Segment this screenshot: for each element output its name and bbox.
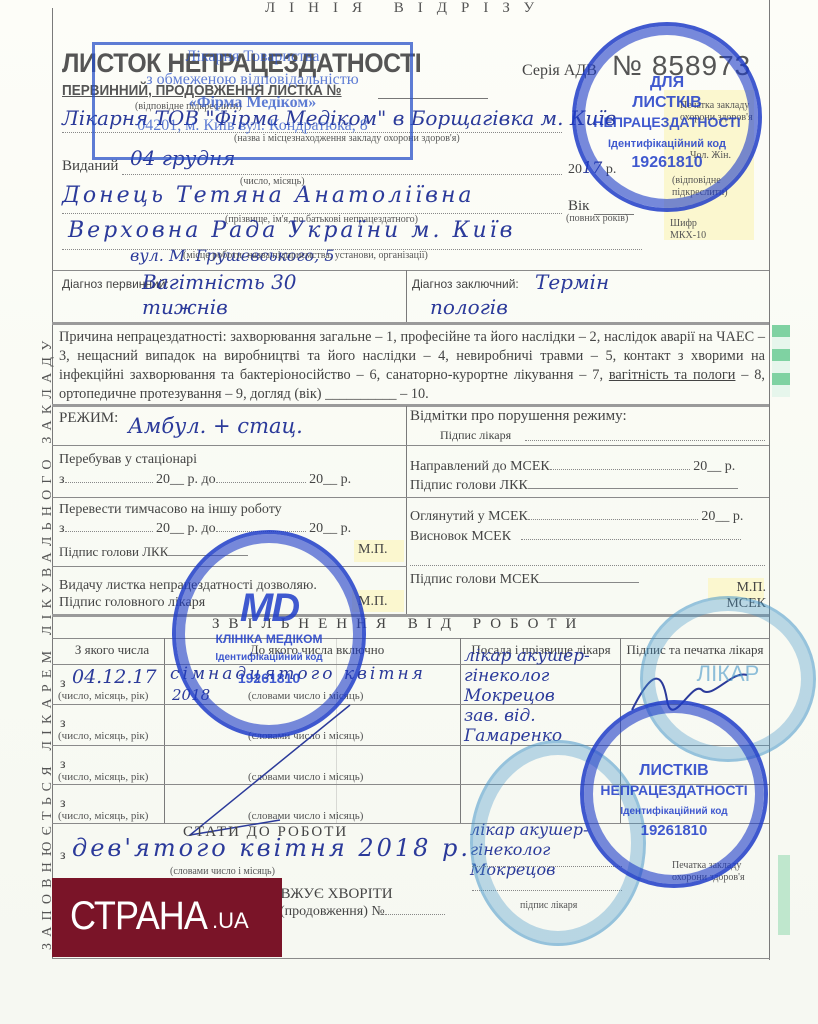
doctor-text-line: лікар акушер-: [464, 646, 614, 666]
age-caption: (повних років): [566, 213, 628, 224]
security-strip-lower: [778, 855, 790, 935]
regime-violations-label: Відмітки про порушення режиму:: [410, 408, 627, 425]
doctor-text-line: гінеколог: [464, 666, 614, 686]
regime-value: Амбул. + стац.: [128, 414, 303, 438]
transfer-from-row: з 20__ р. до 20__ р.: [59, 521, 351, 537]
round-stamp-top: ДЛЯ ЛИСТКІВ НЕПРАЦЕЗДАТНОСТІ Ідентифікац…: [572, 22, 762, 212]
release-from-caption: (число, місяць, рік): [58, 771, 148, 783]
workplace-value: Верховна Рада України м. Київ: [68, 218, 516, 243]
msek-referred: Направлений до МСЕК 20__ р.: [410, 459, 735, 475]
release-from-caption: (число, місяць, рік): [58, 690, 148, 702]
msek-lkk-signature: Підпис голови ЛКК: [410, 478, 738, 494]
logo-suffix: .UA: [212, 908, 249, 934]
doctor-text-line: зав. від.: [464, 706, 614, 726]
return-caption: (словами число і місяць): [170, 866, 275, 877]
cut-line-label: ЛІНІЯ ВІДРІЗУ: [265, 0, 548, 17]
release-from-caption: (число, місяць, рік): [58, 730, 148, 742]
final-diagnosis-value: Термін пологів: [430, 270, 650, 320]
transfer-stamp-place: М.П.: [358, 542, 388, 558]
regime-label: РЕЖИМ:: [59, 410, 118, 427]
square-clinic-stamp: Лікарня Товариства з обмеженою відповіда…: [92, 42, 413, 160]
workplace-caption: (місце роботи: назва підприємства, устан…: [183, 250, 428, 261]
release-from-value: 04.12.17: [72, 666, 157, 688]
patient-name-value: Донець Тетяна Анатоліївна: [62, 183, 475, 208]
regime-doctor-signature: Підпис лікаря: [440, 428, 511, 443]
still-ill-text: (продовження) №: [280, 904, 445, 920]
icd-code-label: Шифр МКХ-10: [670, 218, 730, 242]
release-from-caption: (число, місяць, рік): [58, 810, 148, 822]
return-value: дев'ятого квітня 2018 р.: [72, 834, 471, 862]
release-doctor-text: лікар акушер-гінекологМокрецовзав. від.Г…: [464, 646, 614, 746]
round-stamp-bottom: ЛИСТКІВ НЕПРАЦЕЗДАТНОСТІ Ідентифікаційни…: [580, 700, 768, 888]
sick-leave-form: ЛІНІЯ ВІДРІЗУ ЗАПОВНЮЄТЬСЯ ЛІКАРЕМ ЛІКУВ…: [0, 0, 818, 1024]
right-frame-line: [769, 0, 770, 960]
reason-text: Причина непрацездатності: захворювання з…: [59, 328, 765, 404]
msek-examined: Оглянутий у МСЕК 20__ р.: [410, 509, 743, 525]
security-strip: [772, 325, 790, 397]
return-prefix: з: [60, 848, 66, 864]
strana-ua-logo: СТРАНА .UA: [52, 878, 282, 957]
transfer-label: Перевести тимчасово на іншу роботу: [59, 502, 282, 518]
round-stamp-md: MD КЛІНІКА МЕДІКОМ Ідентифікаційний код …: [172, 530, 366, 738]
bottom-frame-line: [52, 958, 770, 959]
side-instruction-text: ЗАПОВНЮЄТЬСЯ ЛІКАРЕМ ЛІКУВАЛЬНОГО ЗАКЛАД…: [40, 120, 56, 950]
primary-diagnosis-value: Вагітність 30 тижнів: [142, 270, 342, 320]
msek-head-signature: Підпис голови МСЕК: [410, 572, 639, 588]
msek-conclusion: Висновок МСЕК: [410, 529, 741, 545]
hospital-label: Перебував у стаціонарі: [59, 452, 197, 468]
release-column-header: З якого числа: [60, 642, 164, 658]
issued-label: Виданий: [62, 158, 118, 175]
doctor-text-line: Мокрецов: [464, 686, 614, 706]
reason-selected: вагітність та пологи: [609, 367, 736, 383]
logo-brand: СТРАНА: [70, 894, 207, 939]
hospital-from-row: з 20__ р. до 20__ р.: [59, 472, 351, 488]
